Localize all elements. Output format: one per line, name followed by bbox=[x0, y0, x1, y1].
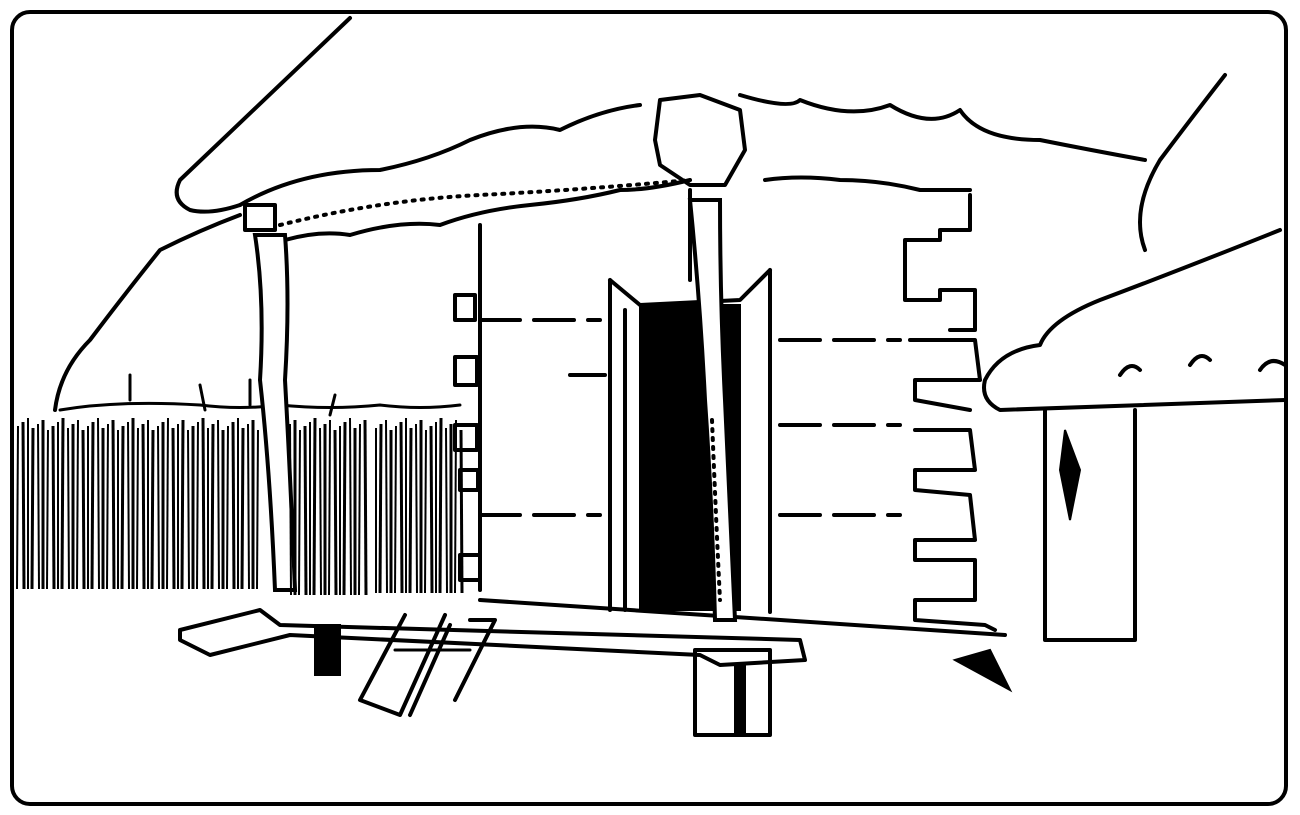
thatch-eave bbox=[285, 180, 690, 240]
woven-fence bbox=[17, 418, 462, 595]
neighbouring-hut bbox=[984, 230, 1285, 640]
doorway bbox=[610, 270, 770, 612]
hut-drawing bbox=[0, 0, 1300, 815]
thatch-fringe bbox=[280, 180, 690, 225]
right-eave bbox=[765, 178, 970, 191]
top-thatched-roof bbox=[740, 75, 1225, 250]
log-notches bbox=[455, 295, 480, 580]
left-thatched-roof bbox=[55, 18, 640, 415]
ink-illustration bbox=[0, 0, 1300, 815]
log-wall bbox=[480, 190, 1005, 635]
ground-shadow bbox=[955, 650, 1010, 690]
